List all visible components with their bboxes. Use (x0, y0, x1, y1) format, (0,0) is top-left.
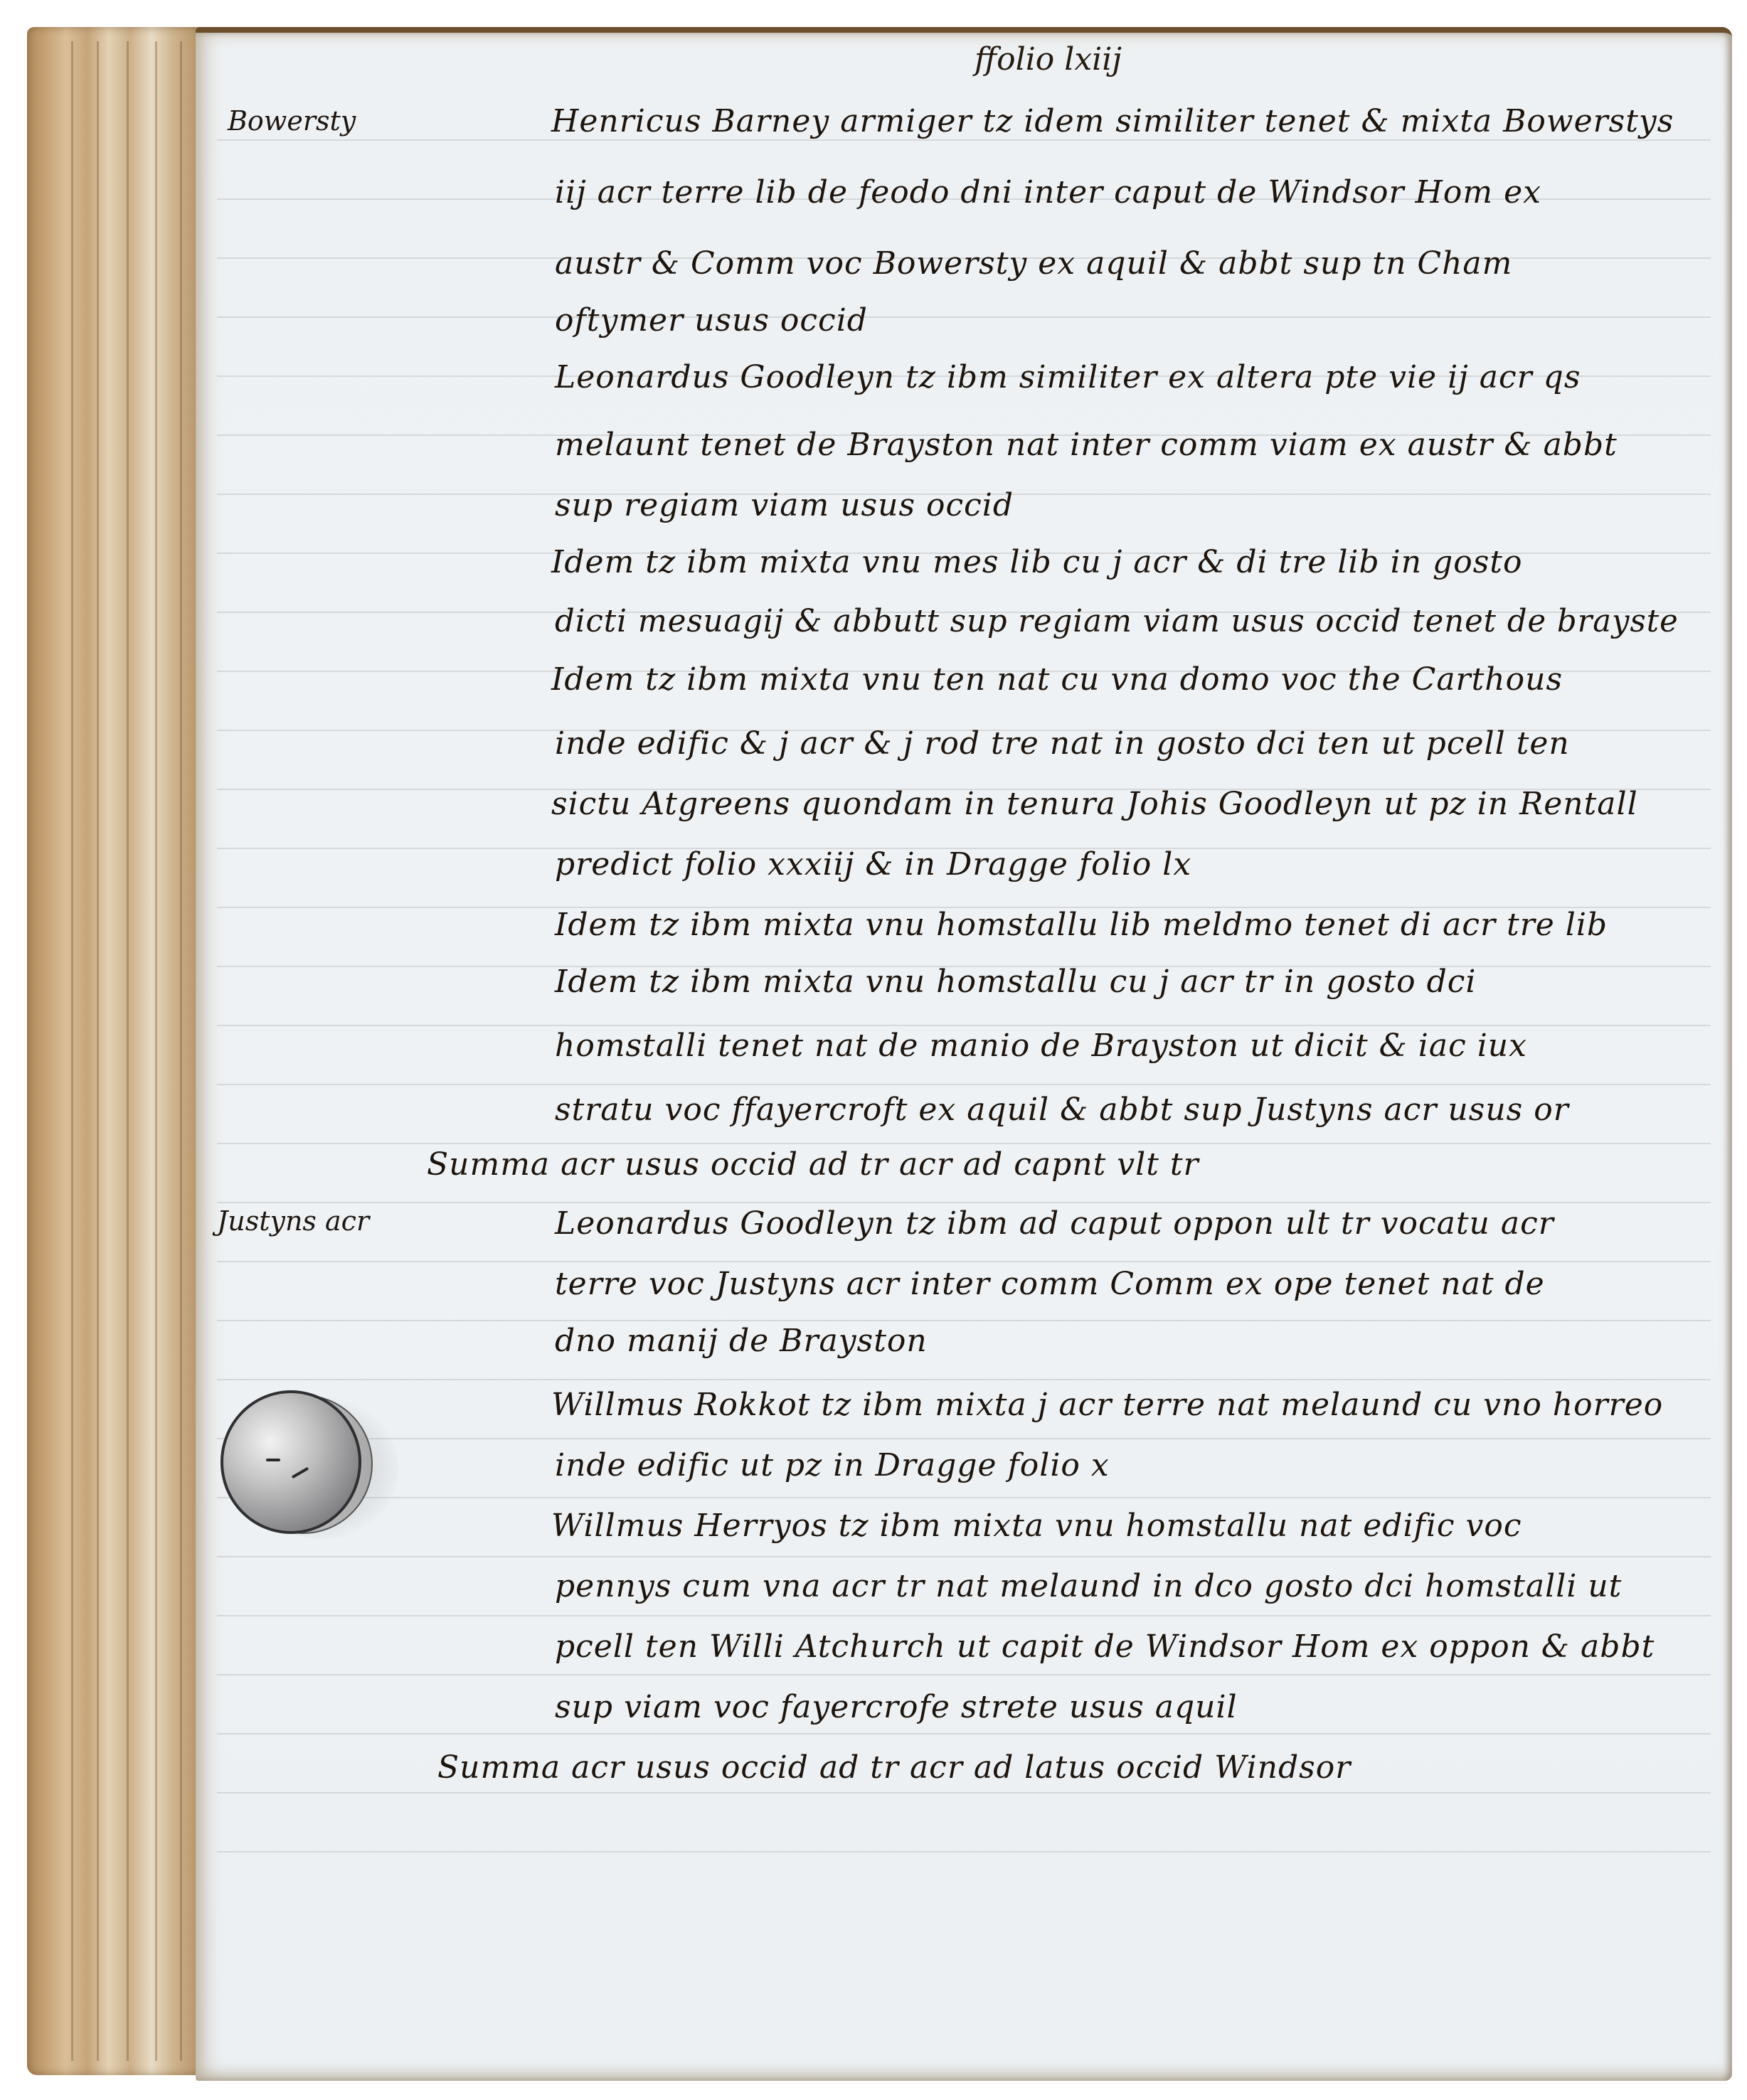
ruled-line (217, 1320, 1711, 1321)
manuscript-line: Willmus Rokkot tz ibm mixta j acr terre … (551, 1387, 1663, 1423)
page-edge-line (97, 41, 99, 2061)
manuscript-line: sup regiam viam usus occid (555, 487, 1014, 523)
manuscript-line: pcell ten Willi Atchurch ut capit de Win… (555, 1629, 1655, 1665)
manuscript-line: Idem tz ibm mixta vnu ten nat cu vna dom… (551, 661, 1563, 698)
weight-dent (266, 1459, 280, 1461)
ruled-line (217, 1674, 1711, 1675)
ruled-line (217, 1851, 1711, 1853)
manuscript-line: homstalli tenet nat de manio de Brayston… (555, 1028, 1527, 1064)
manuscript-line: oftymer usus occid (555, 302, 868, 339)
manuscript-line: predict folio xxxiij & in Dragge folio l… (555, 846, 1191, 883)
ruled-line (217, 1497, 1711, 1498)
manuscript-line: stratu voc ffayercroft ex aquil & abbt s… (555, 1092, 1569, 1128)
manuscript-line: Idem tz ibm mixta vnu homstallu lib meld… (555, 907, 1608, 943)
manuscript-line: Idem tz ibm mixta vnu homstallu cu j acr… (555, 964, 1477, 1000)
manuscript-line: iij acr terre lib de feodo dni inter cap… (555, 174, 1541, 210)
manuscript-line: austr & Comm voc Bowersty ex aquil & abb… (555, 245, 1512, 282)
ruled-line (217, 1379, 1711, 1380)
manuscript-line: Summa acr usus occid ad tr acr ad latus … (437, 1749, 1351, 1786)
manuscript-line: melaunt tenet de Brayston nat inter comm… (555, 427, 1618, 463)
ruled-line (217, 1202, 1711, 1203)
ruled-line (217, 1556, 1711, 1557)
page-edge-line (127, 41, 129, 2061)
manuscript-line: Leonardus Goodleyn tz ibm similiter ex a… (555, 359, 1581, 395)
manuscript-line: sictu Atgreens quondam in tenura Johis G… (551, 786, 1638, 822)
ruled-line (217, 1025, 1711, 1026)
weight-face (221, 1390, 361, 1534)
manuscript-line: inde edific & j acr & j rod tre nat in g… (555, 725, 1570, 762)
ruled-line (217, 1733, 1711, 1734)
ruled-line (217, 1261, 1711, 1262)
manuscript-line: pennys cum vna acr tr nat melaund in dco… (555, 1568, 1622, 1604)
page-edge-line (180, 41, 182, 2061)
manuscript-line: Henricus Barney armiger tz idem similite… (551, 103, 1674, 139)
ruled-line (217, 1615, 1711, 1616)
manuscript-line: Leonardus Goodleyn tz ibm ad caput oppon… (555, 1205, 1554, 1242)
manuscript-line: inde edific ut pz in Dragge folio x (555, 1447, 1110, 1483)
ruled-line (217, 316, 1711, 318)
manuscript-line: sup viam voc fayercrofe strete usus aqui… (555, 1689, 1238, 1725)
folio-number: ffolio lxiij (975, 41, 1122, 78)
manuscript-line: Idem tz ibm mixta vnu mes lib cu j acr &… (551, 544, 1522, 580)
ruled-line (217, 1084, 1711, 1085)
ruled-line (217, 1792, 1711, 1793)
manuscript-line: Summa acr usus occid ad tr acr ad capnt … (427, 1146, 1199, 1183)
ruled-line (217, 1438, 1711, 1439)
ruled-line (217, 1143, 1711, 1144)
manuscript-line: dicti mesuagij & abbutt sup regiam viam … (555, 603, 1679, 639)
page-edge-line (155, 41, 157, 2061)
weight-dent (292, 1467, 309, 1478)
metal-page-weight (221, 1390, 363, 1533)
manuscript-line: terre voc Justyns acr inter comm Comm ex… (555, 1266, 1545, 1302)
manuscript-line: dno manij de Brayston (555, 1323, 928, 1359)
page-edge-line (71, 41, 73, 2061)
manuscript-line: Willmus Herryos tz ibm mixta vnu homstal… (551, 1508, 1522, 1544)
ruled-line (217, 139, 1711, 141)
book-page-edges (27, 27, 205, 2075)
margin-note: Bowersty (228, 105, 356, 137)
margin-note: Justyns acr (217, 1205, 369, 1237)
